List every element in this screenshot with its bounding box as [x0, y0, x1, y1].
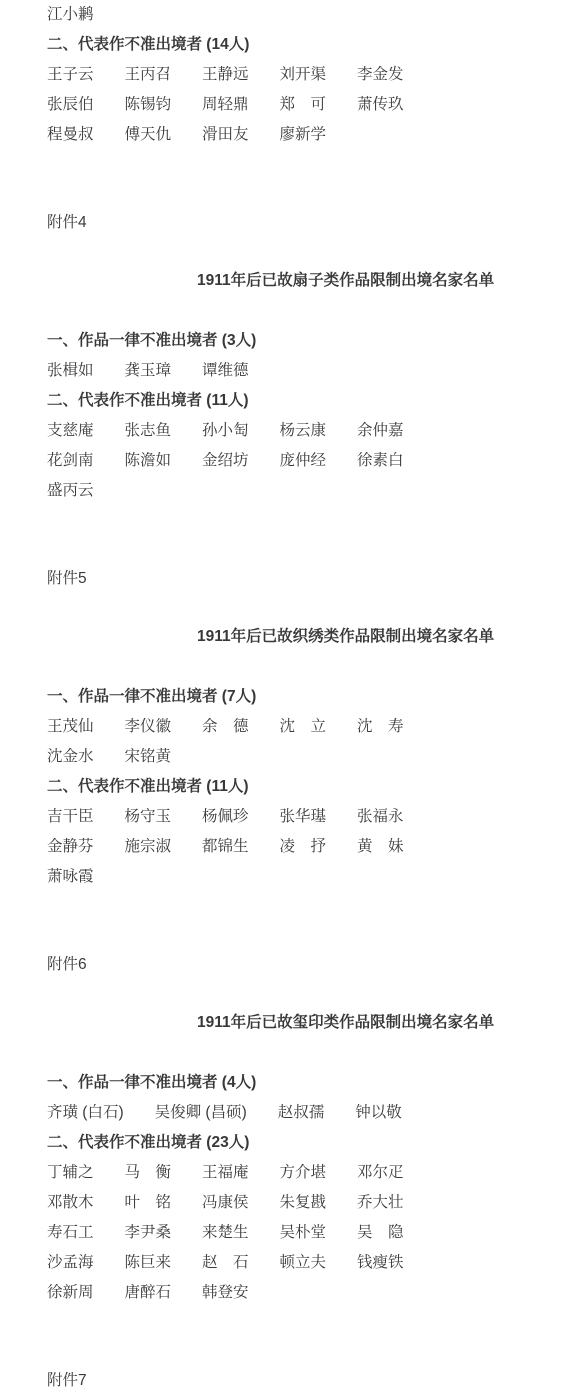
name-row: 盛丙云: [47, 476, 547, 506]
name-row: 张辰伯 陈锡钧 周轻鼎 郑 可 萧传玖: [47, 90, 547, 120]
attachment-title: 1911年后已故织绣类作品限制出境名家名单: [197, 622, 547, 652]
name-row: 程曼叔 傅天仇 滑田友 廖新学: [47, 120, 547, 150]
section-1-heading: 一、作品一律不准出境者 (7人): [47, 682, 547, 712]
attachment-label: 附件4: [47, 208, 547, 238]
name-row: 吉干臣 杨守玉 杨佩珍 张华璂 张福永: [47, 802, 547, 832]
section-2-heading: 二、代表作不准出境者 (23人): [47, 1128, 547, 1158]
name-row: 丁辅之 马 衡 王福庵 方介堪 邓尔疋: [47, 1158, 547, 1188]
attachment-label: 附件5: [47, 564, 547, 594]
attachment-title: 1911年后已故玺印类作品限制出境名家名单: [197, 1008, 547, 1038]
name-row: 沈金水 宋铭黄: [47, 742, 547, 772]
name-row: 金静芬 施宗淑 都锦生 凌 抒 黄 妹: [47, 832, 547, 862]
name-row: 邓散木 叶 铭 冯康侯 朱复戡 乔大壮: [47, 1188, 547, 1218]
section-1-heading: 一、作品一律不准出境者 (3人): [47, 326, 547, 356]
name-row: 齐璜 (白石) 吴俊卿 (昌硕) 赵叔孺 钟以敬: [47, 1098, 547, 1128]
name-row: 沙孟海 陈巨来 赵 石 顿立夫 钱瘦铁: [47, 1248, 547, 1278]
name-row: 萧咏霞: [47, 862, 547, 892]
section-2-heading: 二、代表作不准出境者 (11人): [47, 386, 547, 416]
name-row: 王子云 王丙召 王静远 刘开渠 李金发: [47, 60, 547, 90]
name-row: 花剑南 陈澹如 金绍坊 庞仲经 徐素白: [47, 446, 547, 476]
section-2-heading: 二、代表作不准出境者 (14人): [47, 30, 547, 60]
name-row: 张楫如 龚玉璋 谭维德: [47, 356, 547, 386]
section-1-heading: 一、作品一律不准出境者 (4人): [47, 1068, 547, 1098]
attachment-label: 附件6: [47, 950, 547, 980]
name-row: 寿石工 李尹桑 来楚生 吴朴堂 吴 隐: [47, 1218, 547, 1248]
name-row: 支慈庵 张志鱼 孙小匋 杨云康 余仲嘉: [47, 416, 547, 446]
trailing-name-row: 江小鹣: [47, 0, 547, 30]
attachment-title: 1911年后已故扇子类作品限制出境名家名单: [197, 266, 547, 296]
attachment-label: 附件7: [47, 1366, 547, 1396]
name-row: 徐新周 唐醉石 韩登安: [47, 1278, 547, 1308]
name-row: 王茂仙 李仪徽 余 德 沈 立 沈 寿: [47, 712, 547, 742]
section-2-heading: 二、代表作不准出境者 (11人): [47, 772, 547, 802]
document-page: 江小鹣 二、代表作不准出境者 (14人) 王子云 王丙召 王静远 刘开渠 李金发…: [0, 0, 567, 1396]
